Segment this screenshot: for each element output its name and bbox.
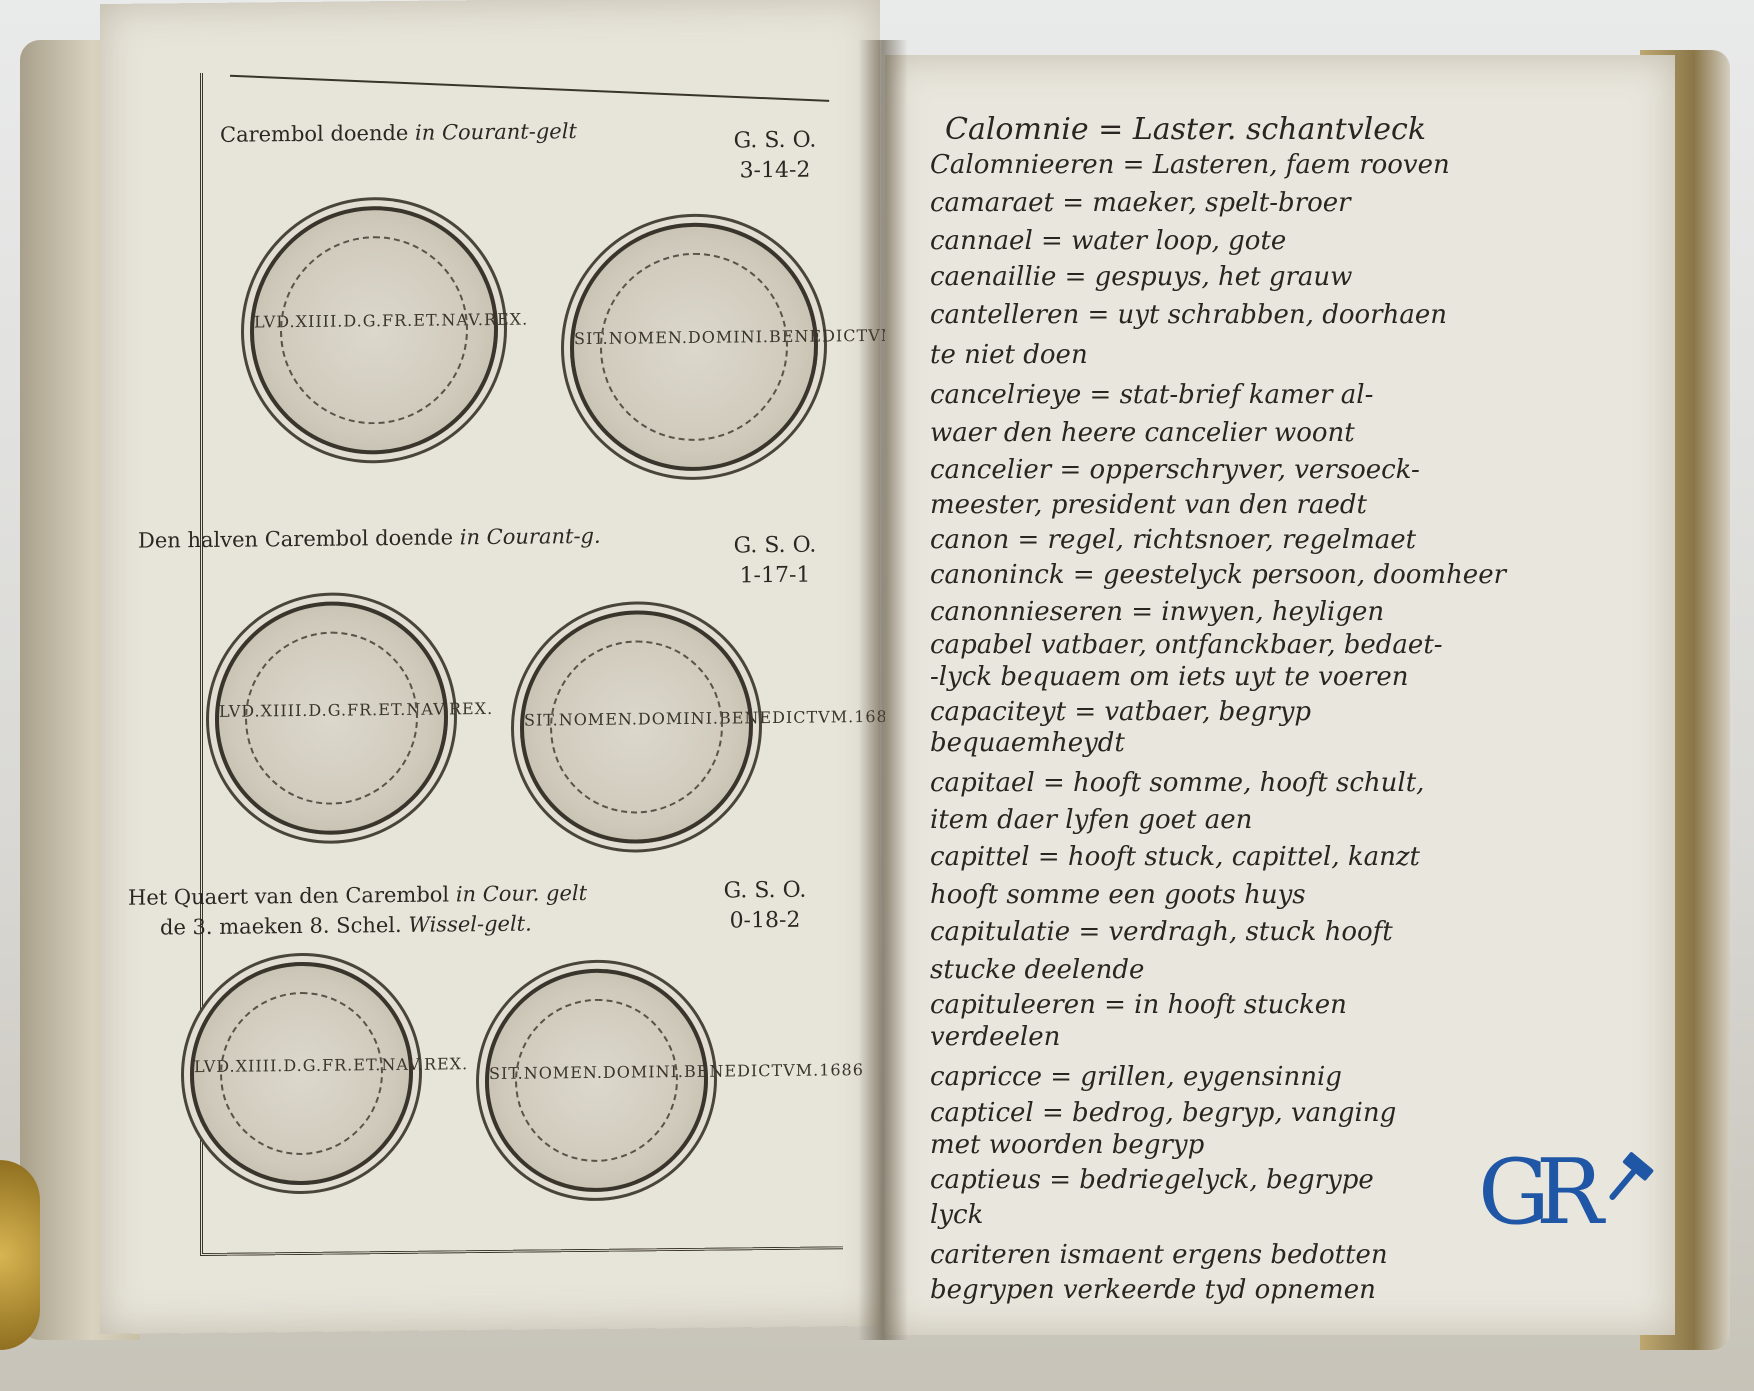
entry-header: G. S. O.: [715, 126, 835, 155]
entry-caption: Het Quaert van den Carembol in Cour. gel…: [128, 879, 587, 912]
handwritten-line: capitael = hooft somme, hooft schult,: [930, 768, 1424, 798]
handwritten-line: te niet doen: [930, 340, 1088, 370]
handwritten-line: cancelier = opperschryver, versoeck-: [930, 455, 1420, 485]
watermark-logo: GR: [1478, 1140, 1658, 1260]
handwritten-line: canon = regel, richtsnoer, regelmaet: [930, 525, 1416, 555]
handwritten-line: cantelleren = uyt schrabben, doorhaen: [930, 300, 1447, 330]
handwritten-line: capitulatie = verdragh, stuck hooft: [930, 917, 1393, 947]
handwritten-line: cancelrieye = stat-brief kamer al-: [930, 380, 1373, 410]
gavel-icon: [1598, 1150, 1658, 1225]
handwritten-line: capabel vatbaer, ontfanckbaer, bedaet-: [930, 630, 1443, 660]
handwritten-line: cariteren ismaent ergens bedotten: [930, 1240, 1388, 1270]
handwritten-line: stucke deelende: [930, 955, 1144, 985]
watermark-text: GR: [1478, 1140, 1590, 1245]
handwritten-line: Calomnie = Laster. schantvleck: [945, 115, 1426, 145]
handwritten-line: verdeelen: [930, 1022, 1060, 1052]
handwritten-line: hooft somme een goots huys: [930, 880, 1306, 910]
handwritten-line: begrypen verkeerde tyd opnemen: [930, 1275, 1376, 1305]
handwritten-line: Calomnieeren = Lasteren, faem rooven: [930, 150, 1450, 180]
entry-caption: Den halven Carembol doende in Courant-g.: [138, 522, 601, 555]
entry-header: G. S. O.: [705, 876, 825, 905]
book-gutter: [858, 40, 908, 1340]
handwritten-line: lyck: [930, 1200, 983, 1230]
handwritten-line: meester, president van den raedt: [930, 490, 1367, 520]
handwritten-line: met woorden begryp: [930, 1130, 1204, 1160]
handwritten-line: capticel = bedrog, begryp, vanging: [930, 1098, 1396, 1128]
brass-stand: [0, 1160, 40, 1350]
entry-caption: Carembol doende in Courant-gelt: [220, 117, 577, 149]
entry-caption-line2: de 3. maeken 8. Schel. Wissel-gelt.: [160, 910, 532, 942]
entry-header: G. S. O.: [715, 531, 835, 560]
entry-value: 1-17-1: [715, 561, 835, 590]
handwritten-line: canoninck = geestelyck persoon, doomheer: [930, 560, 1506, 590]
handwritten-line: item daer lyfen goet aen: [930, 805, 1252, 835]
handwritten-line: canonnieseren = inwyen, heyligen: [930, 597, 1384, 627]
handwritten-line: -lyck bequaem om iets uyt te voeren: [930, 662, 1408, 692]
handwritten-line: bequaemheydt: [930, 728, 1125, 758]
left-page: Carembol doende in Courant-gelt G. S. O.…: [100, 0, 880, 1334]
handwritten-line: cannael = water loop, gote: [930, 226, 1286, 256]
entry-value: 3-14-2: [715, 156, 835, 185]
handwritten-line: waer den heere cancelier woont: [930, 418, 1355, 448]
handwritten-line: captieus = bedriegelyck, begrype: [930, 1165, 1374, 1195]
entry-value: 0-18-2: [705, 906, 825, 935]
handwritten-line: capituleeren = in hooft stucken: [930, 990, 1347, 1020]
handwritten-line: caenaillie = gespuys, het grauw: [930, 262, 1352, 292]
handwritten-line: capaciteyt = vatbaer, begryp: [930, 697, 1311, 727]
handwritten-line: camaraet = maeker, spelt-broer: [930, 188, 1351, 218]
handwritten-line: capricce = grillen, eygensinnig: [930, 1062, 1342, 1092]
handwritten-line: capittel = hooft stuck, capittel, kanzt: [930, 842, 1420, 872]
